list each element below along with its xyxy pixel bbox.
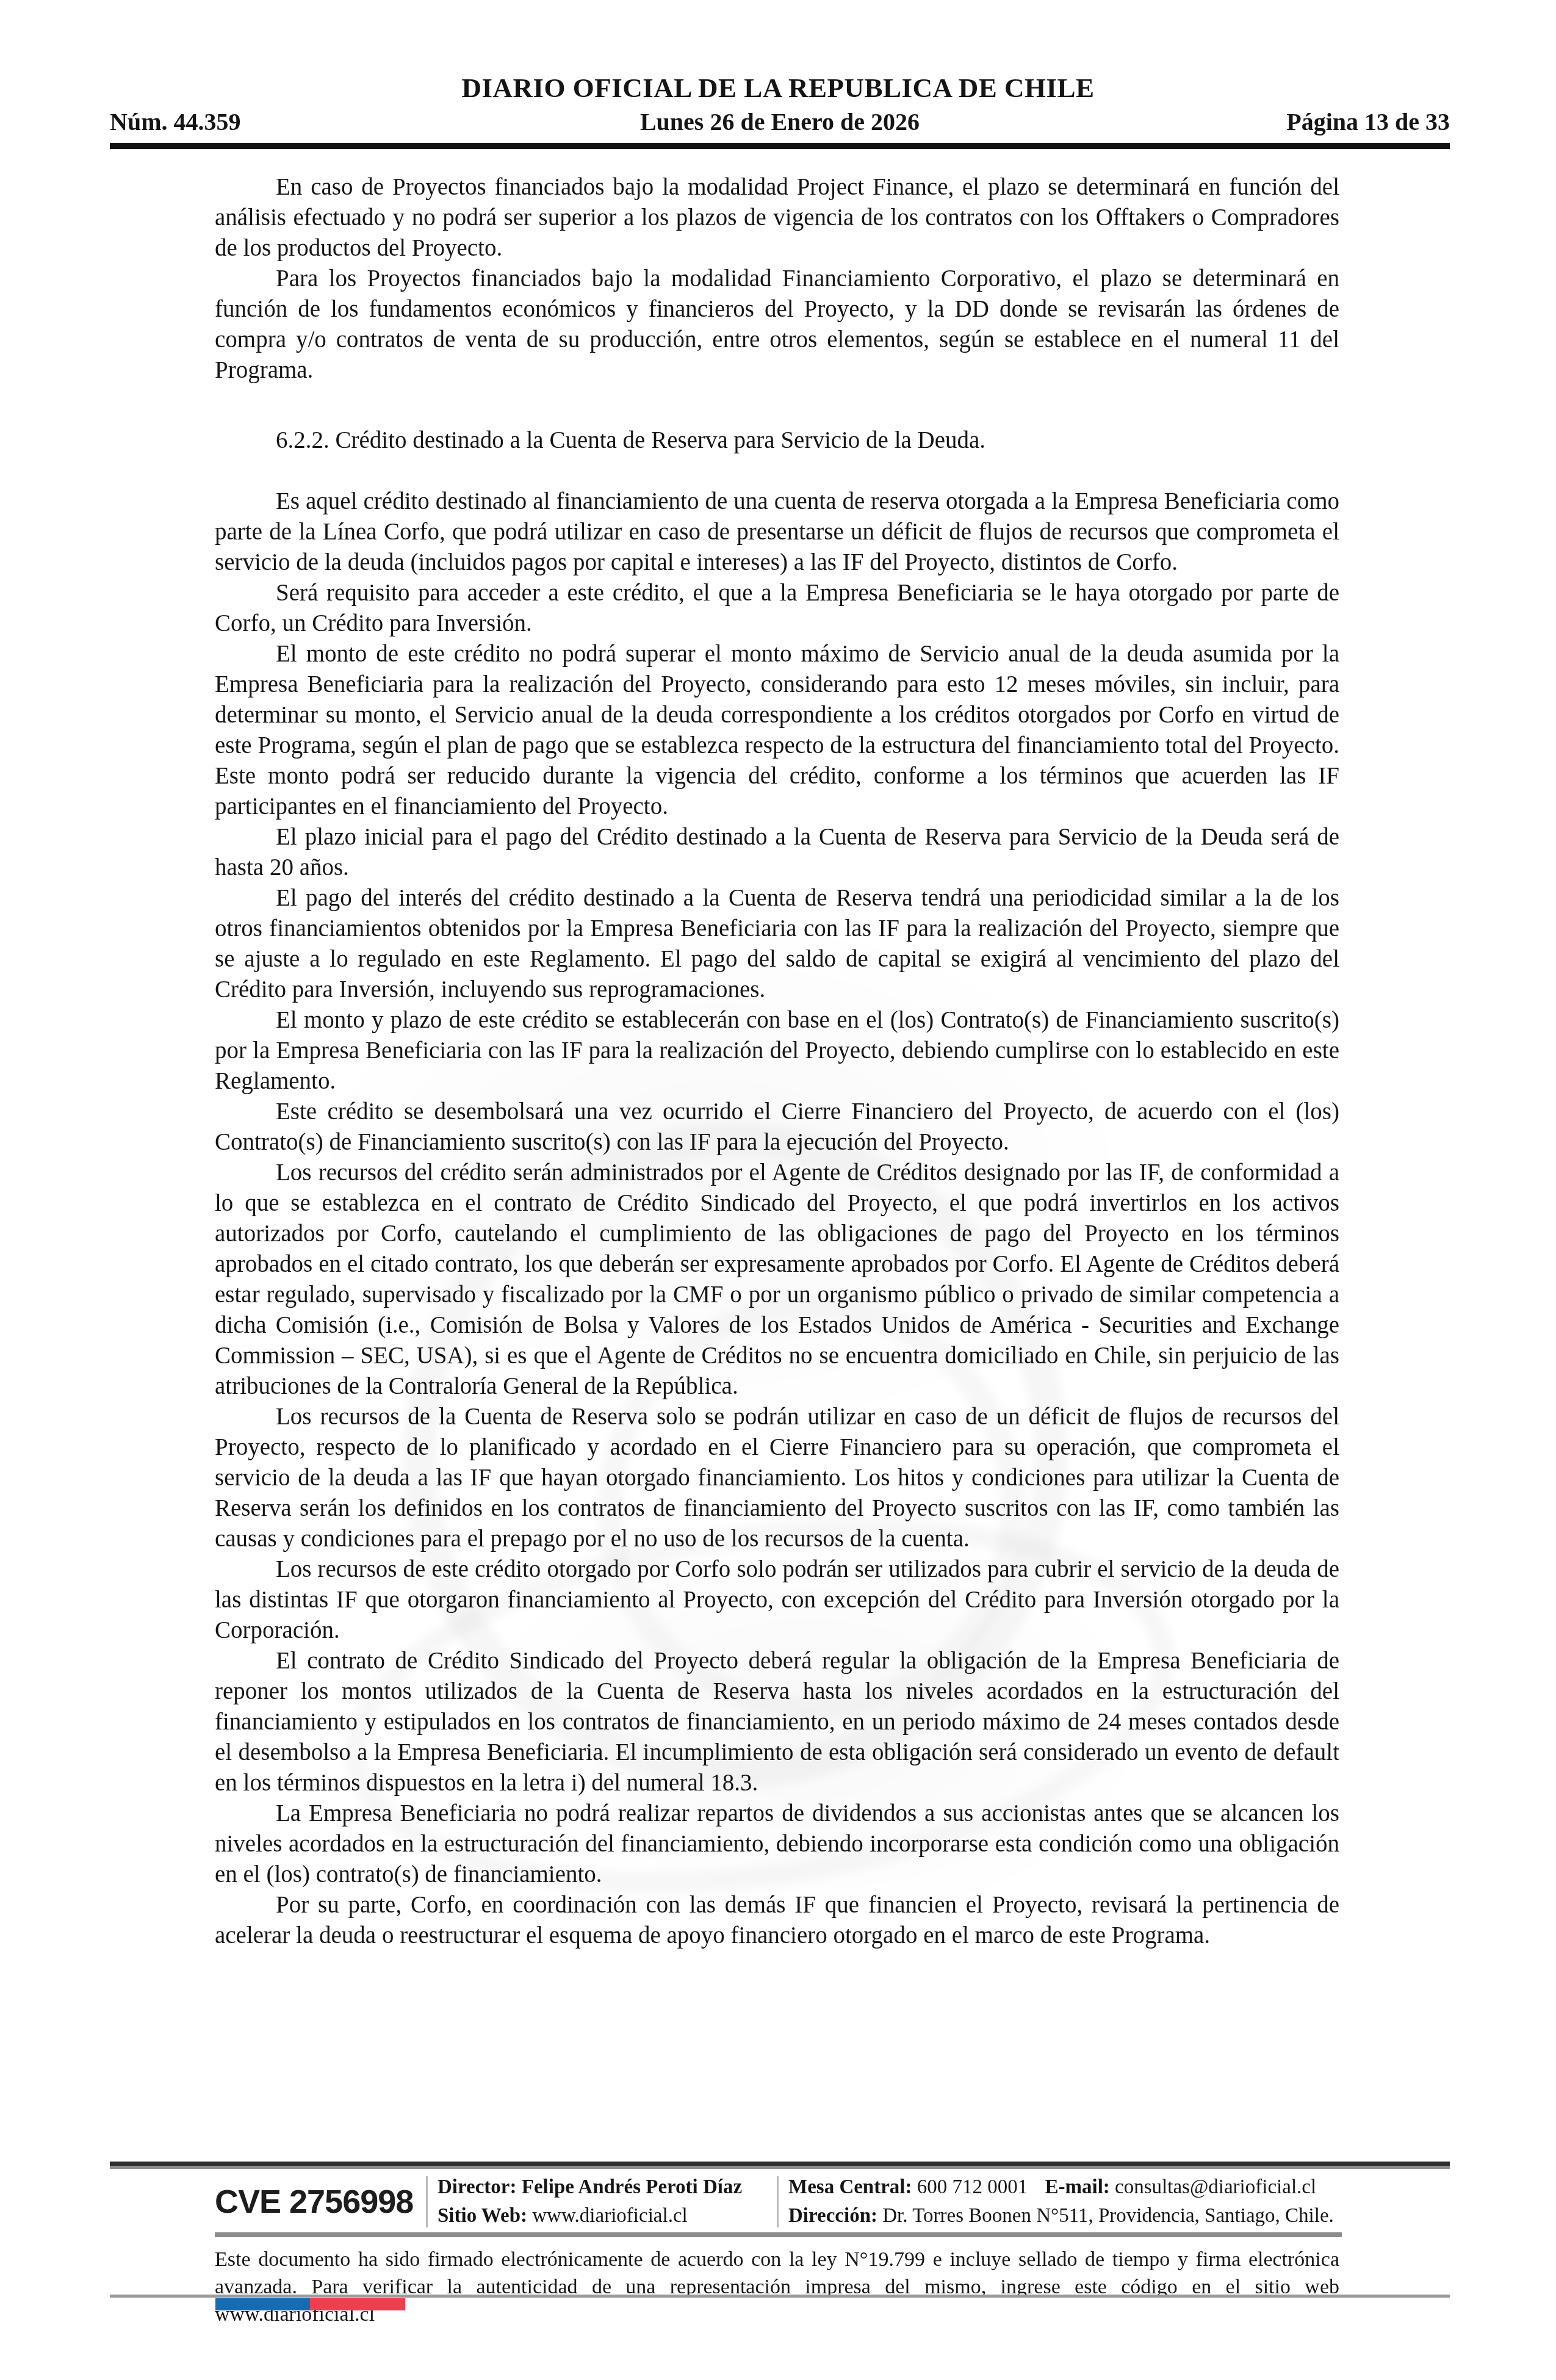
body-paragraph: El monto y plazo de este crédito se esta…: [215, 1005, 1339, 1097]
body-paragraph: El plazo inicial para el pago del Crédit…: [215, 822, 1339, 883]
email-value: consultas@diarioficial.cl: [1115, 2176, 1316, 2198]
bottom-rule: [110, 2295, 1450, 2298]
cve-code: CVE 2756998: [215, 2183, 416, 2221]
page-indicator: Página 13 de 33: [1286, 107, 1450, 136]
document-body: En caso de Proyectos financiados bajo la…: [215, 172, 1339, 1951]
website-label: Sitio Web:: [438, 2205, 527, 2227]
legal-disclaimer: Este documento ha sido firmado electróni…: [215, 2246, 1339, 2328]
director-line: Director: Felipe Andrés Peroti Díaz: [438, 2173, 767, 2202]
footer-info-row: CVE 2756998 Director: Felipe Andrés Pero…: [215, 2171, 1342, 2232]
body-paragraph: Los recursos de este crédito otorgado po…: [215, 1554, 1339, 1646]
address-line: Dirección: Dr. Torres Boonen N°511, Prov…: [788, 2202, 1342, 2230]
header-rule: [110, 143, 1450, 149]
footer-top-rule: [110, 2162, 1450, 2169]
flag-red-segment: [310, 2298, 405, 2310]
document-page: DIARIO OFICIAL DE LA REPUBLICA DE CHILE …: [0, 0, 1556, 2380]
edition-date: Lunes 26 de Enero de 2026: [110, 107, 1450, 136]
director-value: Felipe Andrés Peroti Díaz: [522, 2176, 742, 2198]
address-label: Dirección:: [788, 2205, 877, 2227]
header-meta-row: Núm. 44.359 Lunes 26 de Enero de 2026 Pá…: [110, 107, 1450, 138]
email-label: E-mail:: [1045, 2176, 1110, 2198]
body-paragraph: En caso de Proyectos financiados bajo la…: [215, 172, 1339, 264]
footer-gray-rule: [215, 2232, 1342, 2237]
body-paragraph: Para los Proyectos financiados bajo la m…: [215, 264, 1339, 386]
phone-value: 600 712 0001: [917, 2176, 1028, 2198]
section-heading: 6.2.2. Crédito destinado a la Cuenta de …: [215, 425, 1339, 456]
footer-director-column: Director: Felipe Andrés Peroti Díaz Siti…: [438, 2173, 767, 2230]
body-paragraph: Es aquel crédito destinado al financiami…: [215, 486, 1339, 578]
body-paragraph: El contrato de Crédito Sindicado del Pro…: [215, 1646, 1339, 1798]
footer-vertical-divider: [426, 2176, 428, 2227]
body-paragraph: La Empresa Beneficiaria no podrá realiza…: [215, 1798, 1339, 1890]
body-paragraph: Por su parte, Corfo, en coordinación con…: [215, 1890, 1339, 1951]
body-paragraph: Este crédito se desembolsará una vez ocu…: [215, 1097, 1339, 1158]
body-paragraph: Los recursos del crédito serán administr…: [215, 1158, 1339, 1402]
phone-label: Mesa Central:: [788, 2176, 912, 2198]
footer-contact-column: Mesa Central: 600 712 0001 E-mail: consu…: [788, 2173, 1342, 2230]
body-paragraph: El pago del interés del crédito destinad…: [215, 883, 1339, 1005]
address-value: Dr. Torres Boonen N°511, Providencia, Sa…: [882, 2205, 1334, 2227]
body-paragraph: Los recursos de la Cuenta de Reserva sol…: [215, 1402, 1339, 1554]
website-line: Sitio Web: www.diarioficial.cl: [438, 2202, 767, 2230]
page-title: DIARIO OFICIAL DE LA REPUBLICA DE CHILE: [0, 72, 1556, 104]
phone-email-line: Mesa Central: 600 712 0001 E-mail: consu…: [788, 2173, 1342, 2202]
director-label: Director:: [438, 2176, 516, 2198]
flag-blue-segment: [215, 2298, 310, 2310]
body-paragraph: Será requisito para acceder a este crédi…: [215, 578, 1339, 639]
chile-flag-icon: [215, 2298, 405, 2310]
footer-vertical-divider: [777, 2176, 779, 2227]
website-value: www.diarioficial.cl: [532, 2205, 687, 2227]
body-paragraph: El monto de este crédito no podrá supera…: [215, 639, 1339, 822]
